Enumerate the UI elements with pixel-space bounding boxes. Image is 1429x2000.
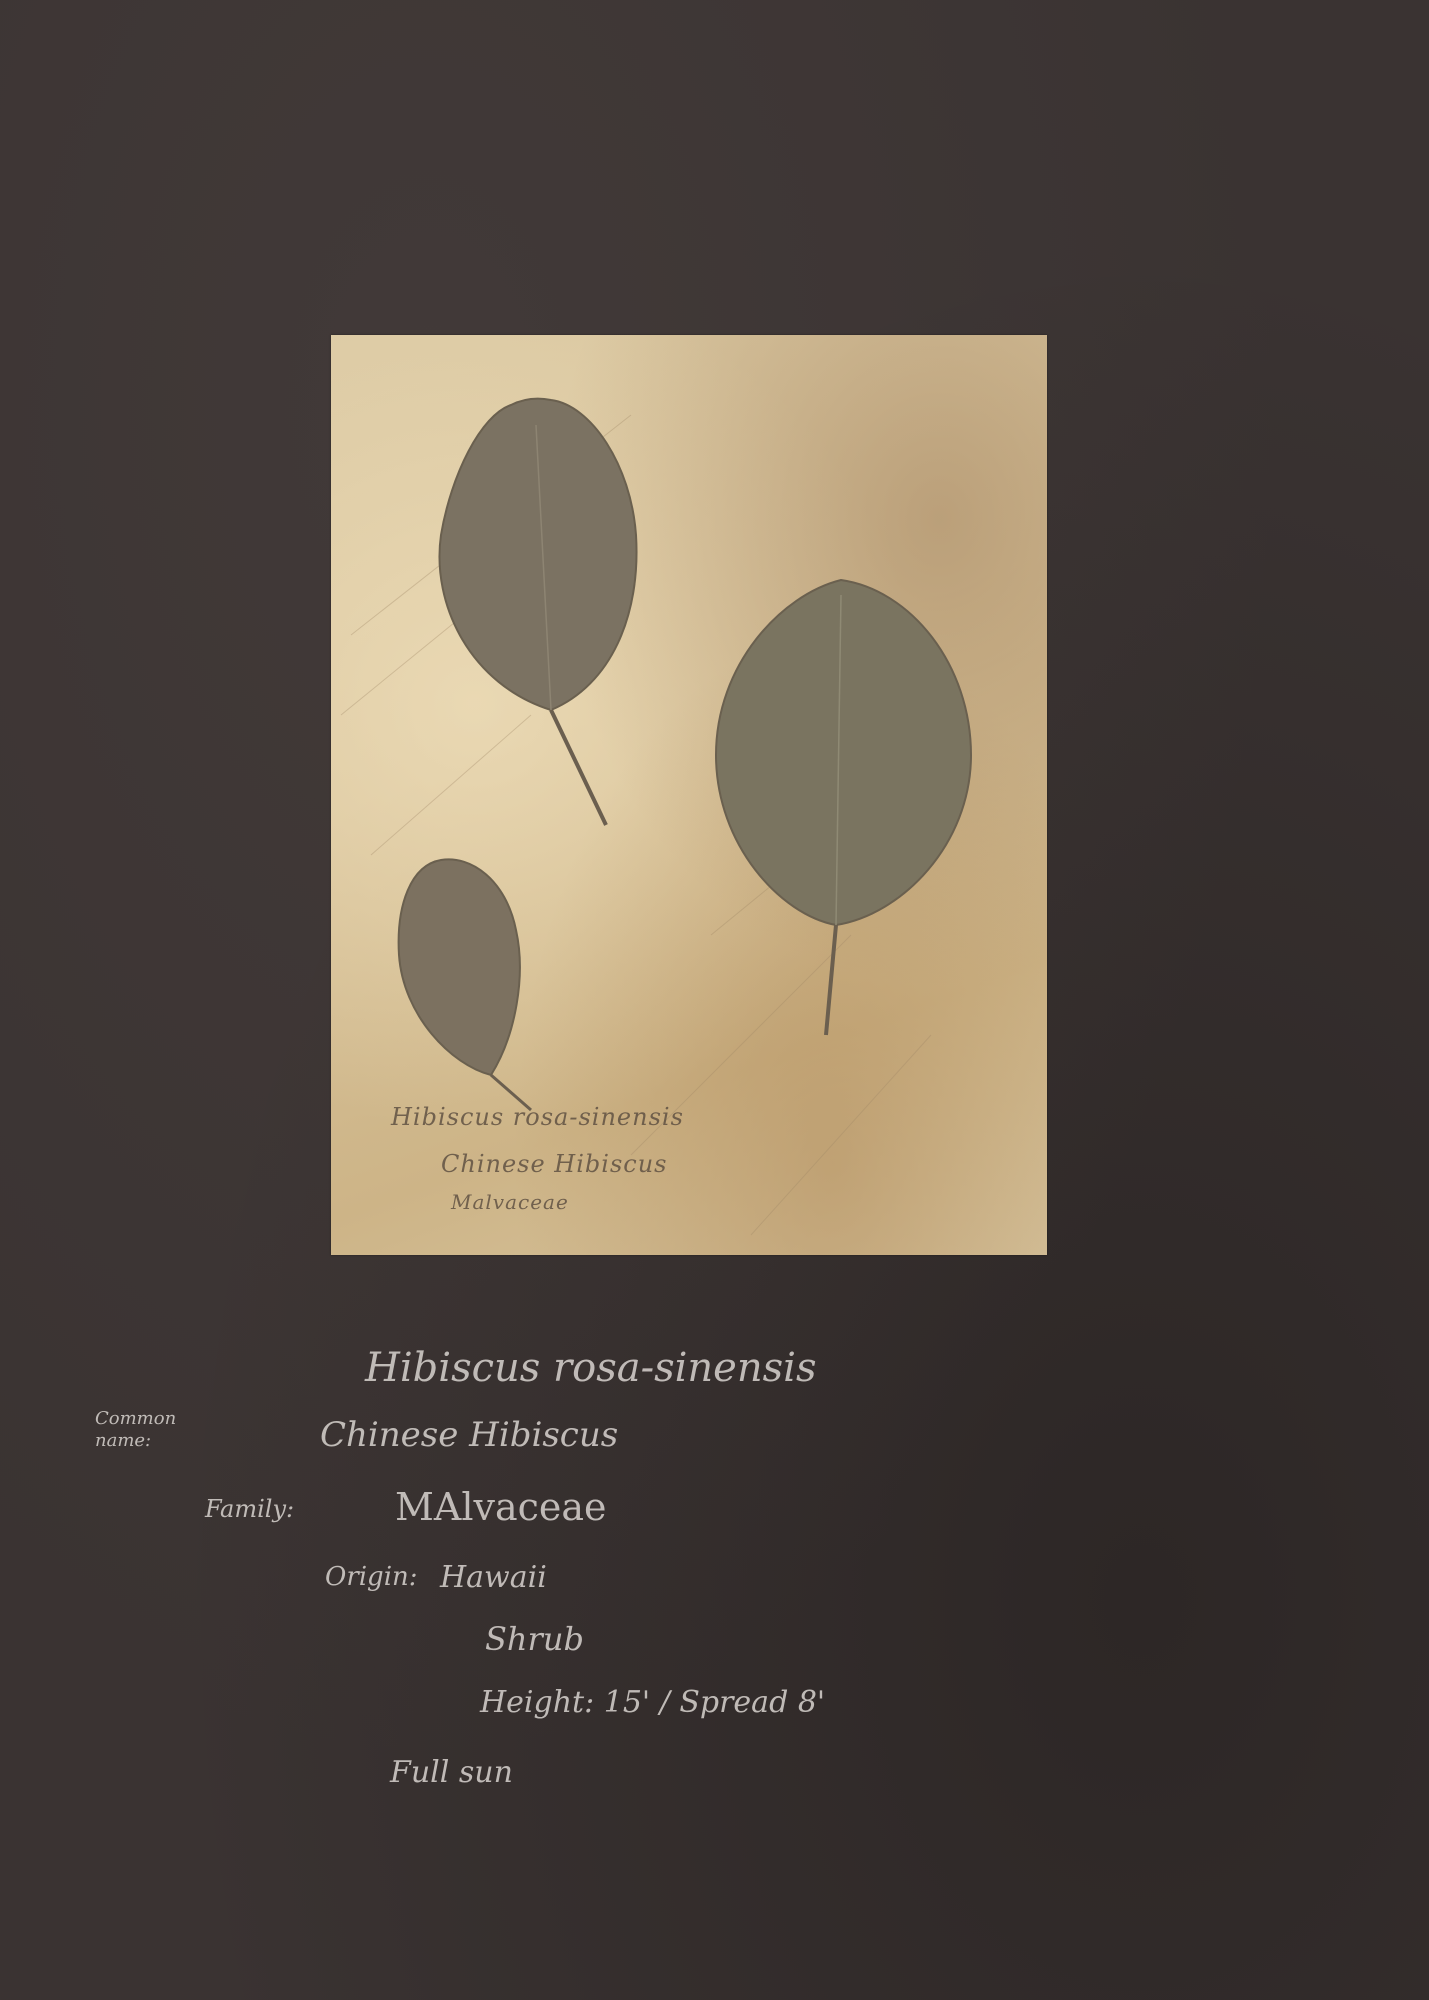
origin-label: Origin: bbox=[325, 1562, 418, 1592]
light-requirement: Full sun bbox=[390, 1755, 513, 1790]
leaf-small-icon bbox=[399, 859, 531, 1110]
pencil-note-scientific: Hibiscus rosa-sinensis bbox=[391, 1103, 684, 1131]
pencil-note-family: Malvaceae bbox=[451, 1190, 569, 1214]
family-value: MAlvaceae bbox=[395, 1485, 607, 1529]
artwork-panel: Hibiscus rosa-sinensis Chinese Hibiscus … bbox=[331, 335, 1047, 1255]
leaf-large-right-icon bbox=[716, 580, 971, 1035]
common-name-label: Common name: bbox=[95, 1408, 225, 1452]
scientific-name: Hibiscus rosa-sinensis bbox=[365, 1345, 816, 1391]
common-name: Chinese Hibiscus bbox=[320, 1415, 618, 1455]
leaf-large-left-icon bbox=[439, 399, 636, 825]
plant-size: Height: 15' / Spread 8' bbox=[480, 1685, 825, 1720]
origin-value: Hawaii bbox=[440, 1560, 547, 1595]
pencil-note-common: Chinese Hibiscus bbox=[441, 1150, 667, 1178]
family-label: Family: bbox=[205, 1495, 294, 1523]
plant-type: Shrub bbox=[485, 1620, 584, 1658]
